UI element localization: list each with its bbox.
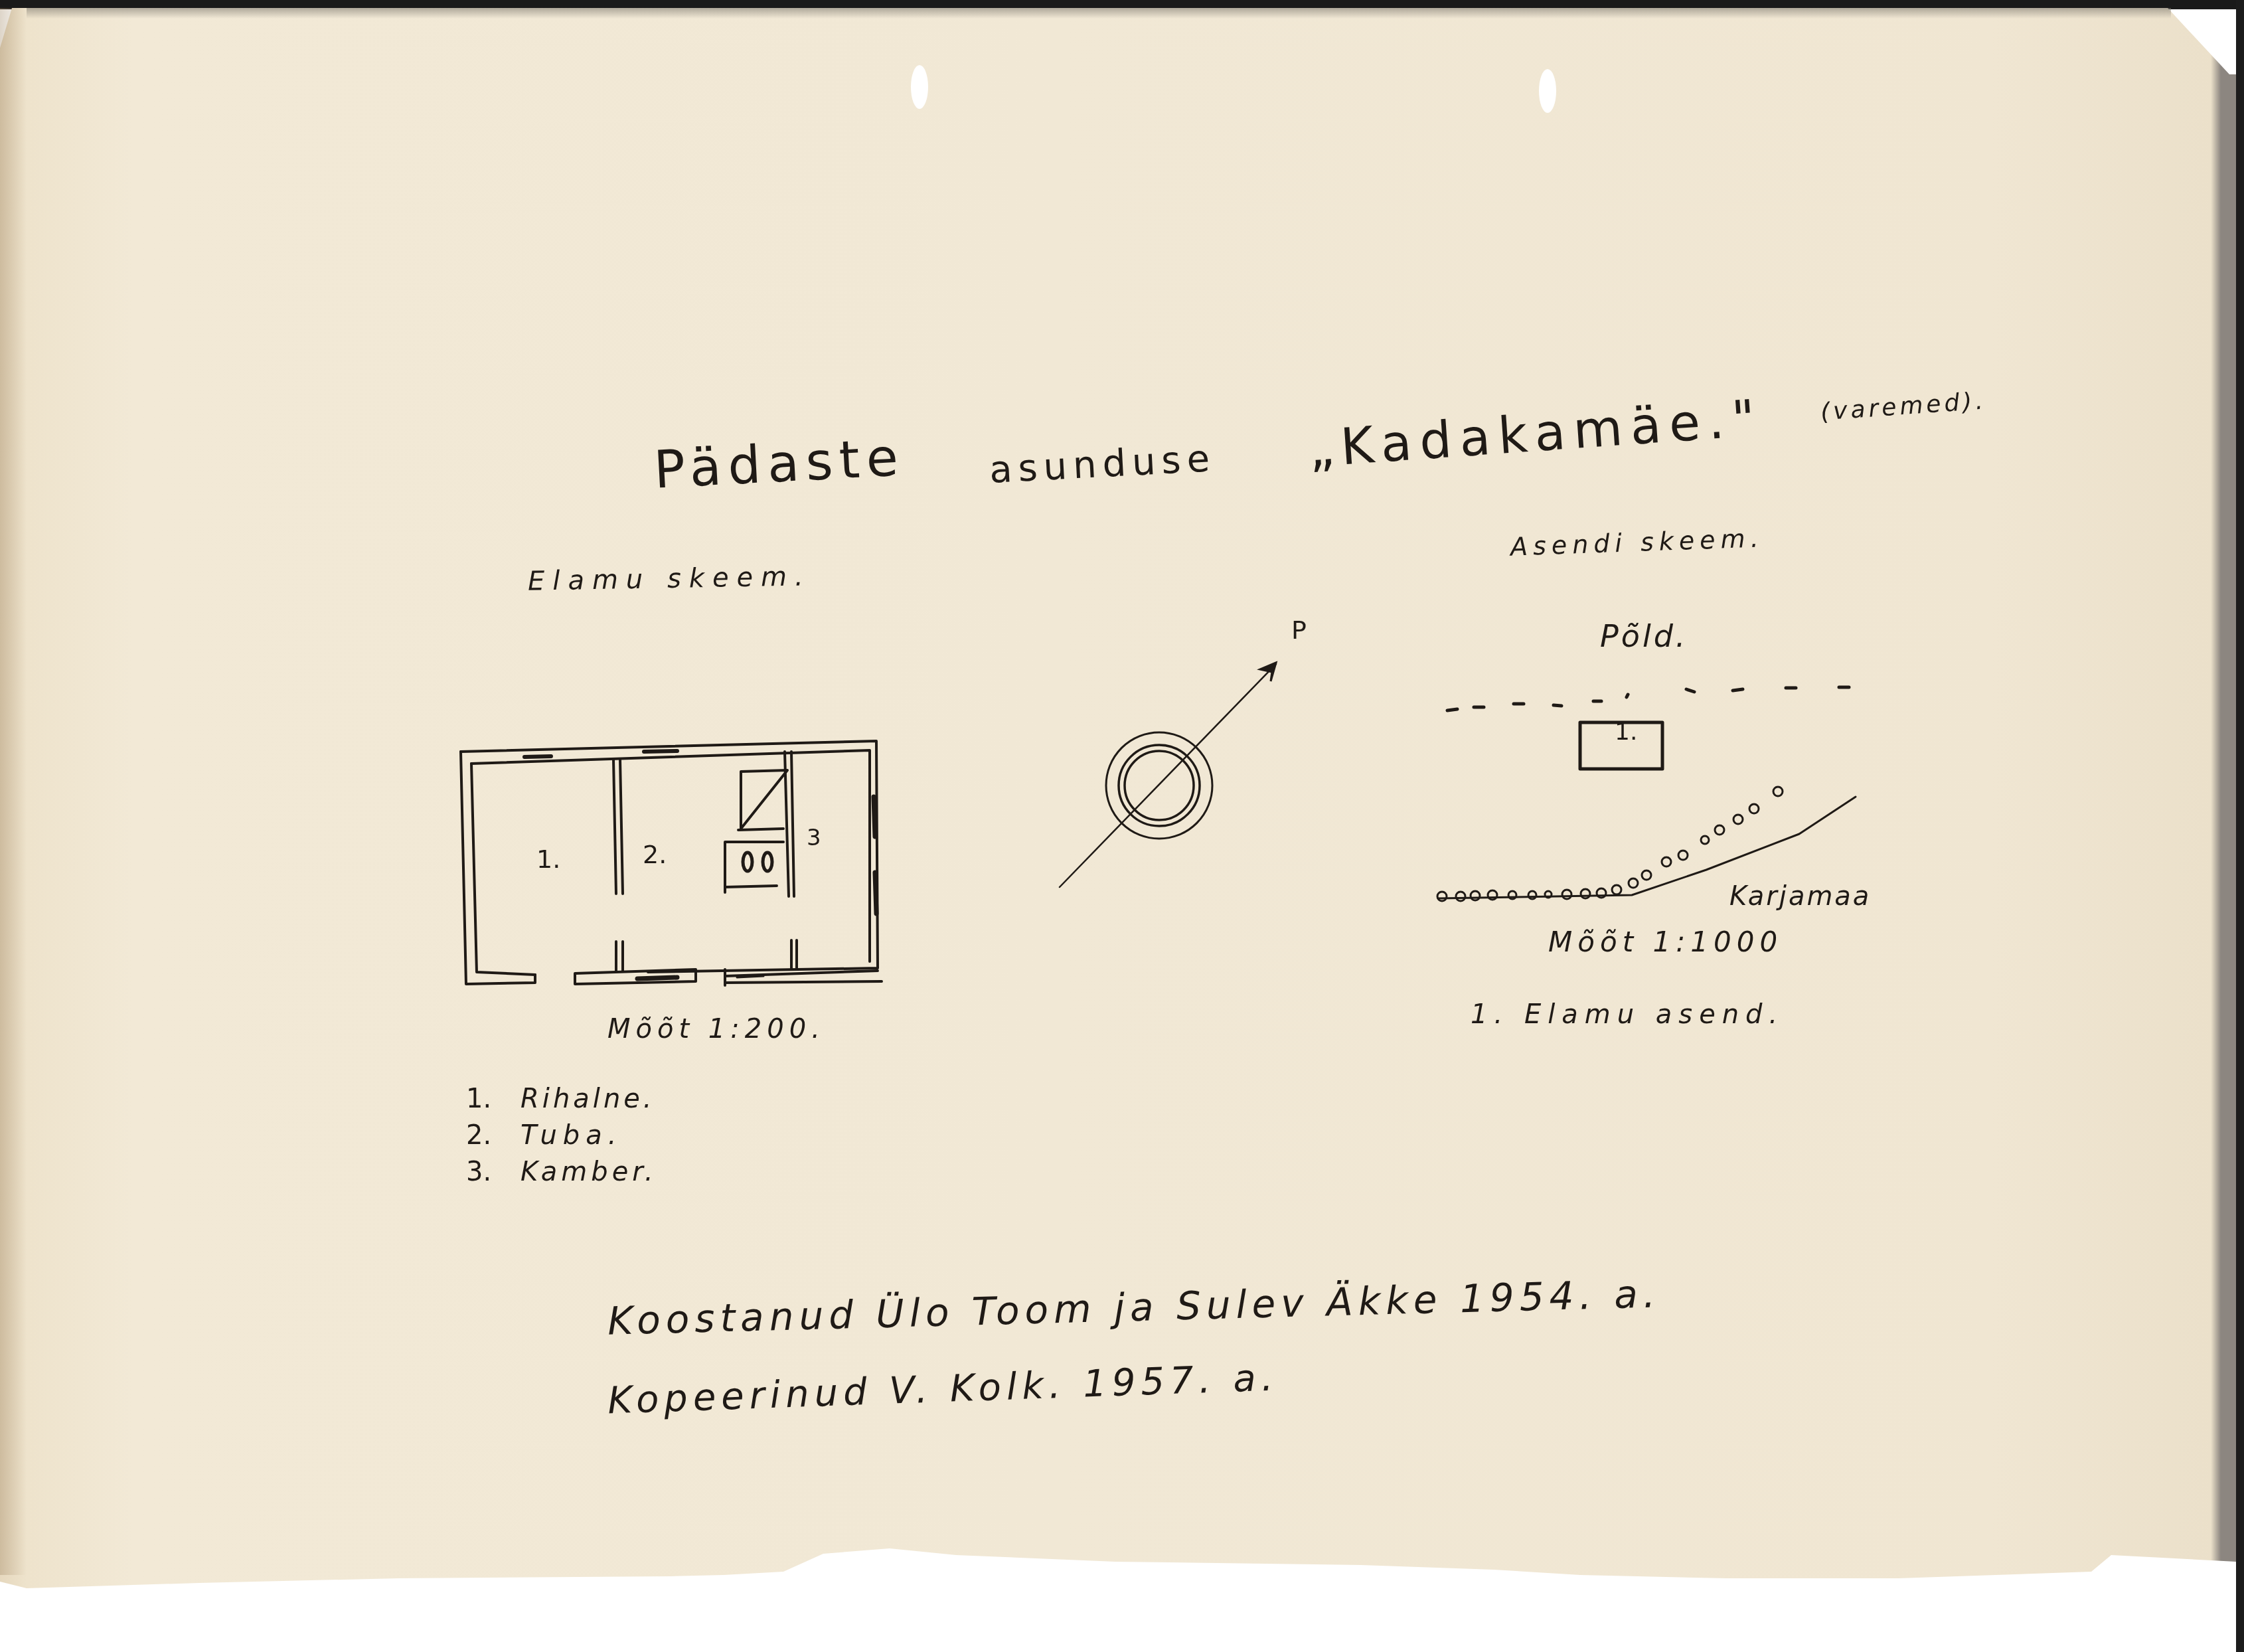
field-label: Põld. — [1600, 621, 1688, 651]
site-plan-legend: 1. Elamu asend. — [1471, 1001, 1784, 1028]
legend-label: Kamber. — [521, 1159, 657, 1185]
legend-number: 1. — [466, 1086, 491, 1112]
room-number-3: 3 — [807, 827, 821, 849]
scanner-border-right — [2236, 0, 2244, 1652]
title-place: Pädaste — [653, 432, 906, 497]
punch-hole-left — [911, 65, 928, 109]
legend-number: 2. — [466, 1122, 491, 1149]
house-marker-label: 1. — [1615, 720, 1637, 744]
room-number-2: 2. — [643, 842, 667, 867]
pasture-label: Karjamaa — [1729, 883, 1871, 910]
legend-number: 3. — [466, 1159, 491, 1185]
north-label: P — [1291, 618, 1307, 643]
house-plan-scale: Mõõt 1:200. — [607, 1016, 825, 1042]
room-number-1: 1. — [536, 847, 560, 872]
legend-label: Tuba. — [521, 1122, 622, 1149]
house-plan-heading: Elamu skeem. — [528, 563, 811, 594]
paper-edge-top — [27, 8, 2171, 19]
legend-label: Rihalne. — [521, 1086, 655, 1112]
site-plan-scale: Mõõt 1:1000 — [1548, 928, 1783, 956]
punch-hole-right — [1539, 69, 1556, 113]
site-plan-map — [1427, 677, 1892, 956]
paper-fold-left — [0, 8, 27, 1575]
house-floor-plan — [451, 730, 890, 1003]
